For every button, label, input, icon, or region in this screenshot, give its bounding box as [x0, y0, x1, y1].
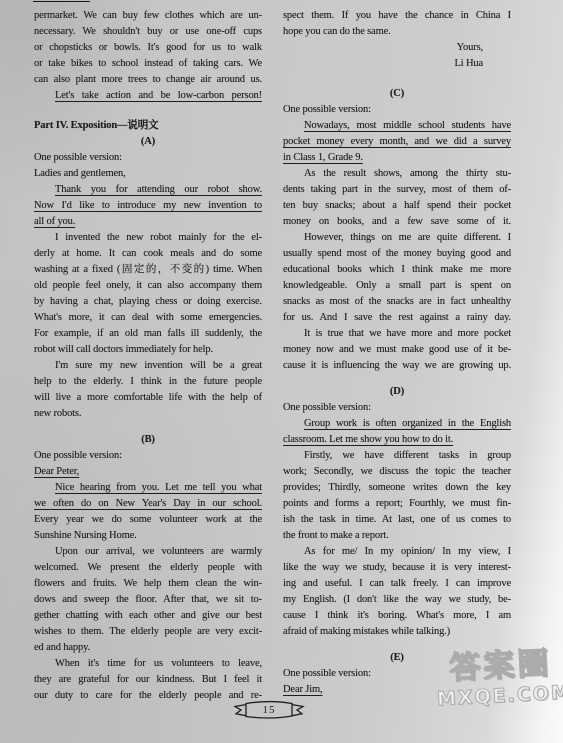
- text-line: One possible version:: [283, 400, 511, 416]
- text-line: afraid of making mistakes while talking.…: [283, 624, 511, 640]
- cutoff-underline-remnant: [33, 1, 90, 2]
- text-line: Ladies and gentlemen,: [34, 166, 262, 182]
- text-line: welcomed. We present the elderly people …: [34, 560, 262, 576]
- text-line: by having a chat, playing chess or doing…: [34, 294, 262, 310]
- text-line: or take bikes to school instead of takin…: [34, 56, 262, 72]
- text-line: Sunshine Nursing Home.: [34, 528, 262, 544]
- left-column: permarket. We can buy few clothes which …: [34, 8, 262, 704]
- text-line: Thank you for attending our robot show.: [34, 182, 262, 198]
- text-line: help to the elderly. I think in the futu…: [34, 374, 262, 390]
- text-line: hope you can do the same.: [283, 24, 511, 40]
- text-line: One possible version:: [34, 448, 262, 464]
- text-line: Li Hua: [283, 56, 511, 72]
- text-line: can also plant more trees to change air …: [34, 72, 262, 88]
- text-line: Group work is often organized in the Eng…: [283, 416, 511, 432]
- text-line: derly at home. It can cook meals and do …: [34, 246, 262, 262]
- text-line: or chopsticks or bowls. It's good for us…: [34, 40, 262, 56]
- text-line: Upon our arrival, we volunteers are warm…: [34, 544, 262, 560]
- scanned-document-page: { "document": { "left_column": { "lines"…: [0, 0, 563, 743]
- text-line: wishes to them. The elderly people are v…: [34, 624, 262, 640]
- text-line: As for me/ In my opinion/ In my view, I: [283, 544, 511, 560]
- text-line: flowers and fruits. We help them clean t…: [34, 576, 262, 592]
- text-line: pocket money every month, and we did a s…: [283, 134, 511, 150]
- text-line: money on books, and a few save some of i…: [283, 214, 511, 230]
- text-line: Dear Peter,: [34, 464, 262, 480]
- text-line: necessary. We shouldn't buy or use one-o…: [34, 24, 262, 40]
- text-line: work; Secondly, we discuss the topic the…: [283, 464, 511, 480]
- text-line: knowledgeable. Only a small part is spen…: [283, 278, 511, 294]
- text-line: ing and useful. I can talk freely. I can…: [283, 576, 511, 592]
- text-line: gether chatting with each other and give…: [34, 608, 262, 624]
- text-line: educational books which I think make me …: [283, 262, 511, 278]
- text-line: usually spend most of the money buying g…: [283, 246, 511, 262]
- text-line: I'm sure my new invention will be a grea…: [34, 358, 262, 374]
- text-line: Yours,: [283, 40, 511, 56]
- text-line: permarket. We can buy few clothes which …: [34, 8, 262, 24]
- text-line: snacks as most of the snacks are in fact…: [283, 294, 511, 310]
- text-line: Firstly, we have different tasks in grou…: [283, 448, 511, 464]
- text-line: ed and happy.: [34, 640, 262, 656]
- text-line: old people feel onely, it can also accom…: [34, 278, 262, 294]
- text-line: dows and sweep the floor. After that, we…: [34, 592, 262, 608]
- text-line: will live a more comfortable life with t…: [34, 390, 262, 406]
- text-line: As the result shows, among the thirty st…: [283, 166, 511, 182]
- text-line: Part IV. Exposition—说明文: [34, 118, 262, 134]
- text-line: spect them. If you have the chance in Ch…: [283, 8, 511, 24]
- text-line: washing at a fixed (固定的，不变的) time. When: [34, 262, 262, 278]
- text-line: money now and we must make good use of i…: [283, 342, 511, 358]
- text-line: One possible version:: [283, 102, 511, 118]
- text-line: they are grateful for our kindness. But …: [34, 672, 262, 688]
- text-line: When it's time for us volunteers to leav…: [34, 656, 262, 672]
- text-line: new robots.: [34, 406, 262, 422]
- page-number: 15: [233, 702, 305, 718]
- text-line: we often do on New Year's Day in our sch…: [34, 496, 262, 512]
- text-line: dents taking part in the survey, most of…: [283, 182, 511, 198]
- text-line: cause I think it's boring. What's more, …: [283, 608, 511, 624]
- text-line: (A): [34, 134, 262, 150]
- text-line: Let's take action and be low-carbon pers…: [34, 88, 262, 104]
- text-line: (B): [34, 432, 262, 448]
- text-line: Nowadays, most middle school students ha…: [283, 118, 511, 134]
- text-line: like the way we study, because it is ver…: [283, 560, 511, 576]
- text-line: (D): [283, 384, 511, 400]
- text-line: robot will call doctors immediately for …: [34, 342, 262, 358]
- text-line: all of you.: [34, 214, 262, 230]
- text-line: What's more, it can deal with some emerg…: [34, 310, 262, 326]
- text-line: ish the task in time. At last, one of us…: [283, 512, 511, 528]
- right-column: spect them. If you have the chance in Ch…: [283, 8, 511, 698]
- page-number-ribbon: 15: [233, 700, 305, 720]
- text-line: Every year we do some volunteer work at …: [34, 512, 262, 528]
- text-line: ten buy snacks; about a half spend their…: [283, 198, 511, 214]
- page: permarket. We can buy few clothes which …: [0, 0, 563, 743]
- text-line: the front to make a report.: [283, 528, 511, 544]
- text-line: our duty to care for the elderly people …: [34, 688, 262, 704]
- text-line: For example, if an old man falls ill sud…: [34, 326, 262, 342]
- text-line: It is true that we have more and more po…: [283, 326, 511, 342]
- text-line: I invented the new robot mainly for the …: [34, 230, 262, 246]
- text-line: for us. And I save the rest against a ra…: [283, 310, 511, 326]
- text-line: Nice hearing from you. Let me tell you w…: [34, 480, 262, 496]
- text-line: However, things on me are quite differen…: [283, 230, 511, 246]
- text-line: provides; Thirdly, someone writes down t…: [283, 480, 511, 496]
- text-line: Now I'd like to introduce my new inventi…: [34, 198, 262, 214]
- text-line: in Class 1, Grade 9.: [283, 150, 511, 166]
- text-line: points and forms a report; Fourthly, we …: [283, 496, 511, 512]
- text-line: One possible version:: [34, 150, 262, 166]
- text-line: cause it is influencing the way we are g…: [283, 358, 511, 374]
- watermark: 答案圈 MXQE.COM: [435, 645, 563, 712]
- text-line: (C): [283, 86, 511, 102]
- text-line: classroom. Let me show you how to do it.: [283, 432, 511, 448]
- text-line: my English. (I don't like the way we stu…: [283, 592, 511, 608]
